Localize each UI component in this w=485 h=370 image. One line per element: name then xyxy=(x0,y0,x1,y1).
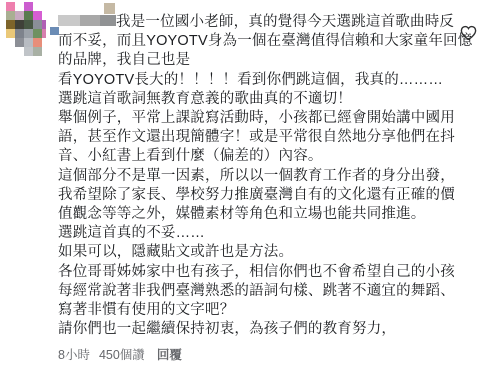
like-count[interactable]: 450個讚 xyxy=(99,345,145,363)
avatar-pixel xyxy=(6,2,15,11)
avatar[interactable] xyxy=(6,2,46,56)
username-censored xyxy=(58,15,116,26)
avatar-pixel xyxy=(33,47,42,56)
avatar-pixel xyxy=(6,47,15,56)
censor-bar-segment xyxy=(100,15,116,26)
censor-bar-segment xyxy=(80,15,100,26)
avatar-pixel xyxy=(24,2,33,11)
like-heart-button[interactable] xyxy=(458,23,478,43)
avatar-pixel xyxy=(15,38,24,47)
avatar-pixel xyxy=(15,47,24,56)
comment-meta-row: 8小時 450個讚 回覆 xyxy=(58,345,182,363)
avatar-pixel xyxy=(33,38,42,47)
reply-button[interactable]: 回覆 xyxy=(157,345,182,363)
avatar-pixel xyxy=(15,11,24,20)
avatar-pixel xyxy=(24,20,33,29)
avatar-pixel xyxy=(15,29,24,38)
avatar-pixel xyxy=(24,47,33,56)
avatar-pixel xyxy=(42,29,46,38)
avatar-pixel xyxy=(24,38,33,47)
avatar-pixel xyxy=(6,38,15,47)
heart-icon xyxy=(460,25,477,41)
avatar-pixel xyxy=(33,11,42,20)
avatar-pixel xyxy=(15,2,24,11)
avatar-pixel xyxy=(33,20,42,29)
avatar-pixel xyxy=(33,29,42,38)
avatar-pixel xyxy=(42,2,46,11)
timestamp[interactable]: 8小時 xyxy=(58,345,90,363)
avatar-pixel xyxy=(6,11,15,20)
censor-block xyxy=(50,27,59,35)
censor-bar-segment xyxy=(58,15,80,26)
comment: 我是一位國小老師，真的覺得今天選跳這首歌曲時反 而不妥，而且YOYOTV身為一個… xyxy=(58,13,478,339)
comment-text: 我是一位國小老師，真的覺得今天選跳這首歌曲時反 而不妥，而且YOYOTV身為一個… xyxy=(58,14,472,337)
avatar-pixel xyxy=(24,11,33,20)
avatar-pixel xyxy=(42,38,46,47)
avatar-pixel xyxy=(6,29,15,38)
avatar-pixel xyxy=(42,20,46,29)
avatar-pixel xyxy=(42,47,46,56)
avatar-pixel xyxy=(6,20,15,29)
censor-block xyxy=(104,3,115,14)
avatar-pixel xyxy=(24,29,33,38)
avatar-pixel xyxy=(33,2,42,11)
avatar-pixel xyxy=(42,11,46,20)
avatar-pixel xyxy=(15,20,24,29)
